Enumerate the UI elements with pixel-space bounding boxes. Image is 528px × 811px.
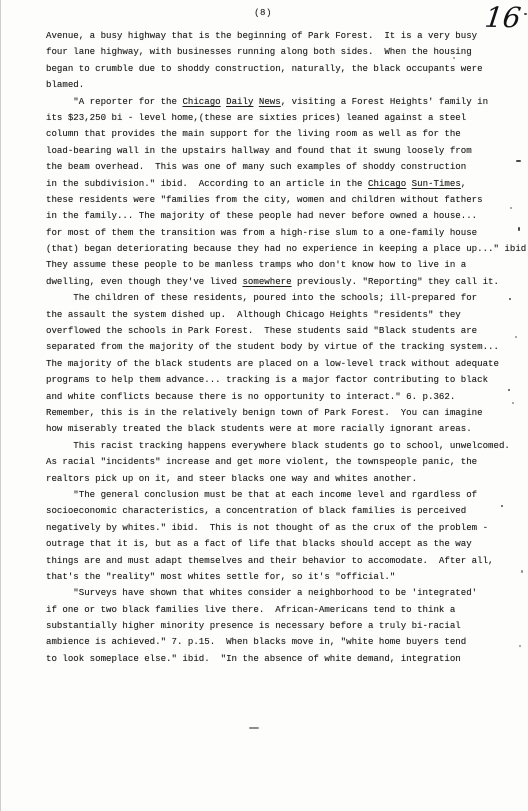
scan-speck — [524, 13, 527, 15]
text-line: negatively by whites." ibid. This is not… — [46, 520, 528, 536]
text-segment: ambience is achieved." 7. p.15. When bla… — [46, 636, 466, 647]
text-line: the beam overhead. This was one of many … — [46, 159, 528, 175]
text-segment: As racial "incidents" increase and get m… — [46, 456, 477, 467]
text-segment: "A reporter for the — [46, 96, 182, 107]
text-segment: Avenue, a busy highway that is the begin… — [46, 30, 477, 41]
text-line: in the family... The majority of these p… — [46, 208, 528, 224]
text-line: how miserably treated the black students… — [46, 421, 528, 437]
underlined-text: Sun-Times — [412, 178, 461, 189]
scan-speck — [501, 505, 503, 507]
text-line: Avenue, a busy highway that is the begin… — [46, 28, 528, 44]
text-line: realtors pick up on it, and steer blacks… — [46, 471, 528, 487]
scan-speck — [519, 645, 521, 647]
text-line: that's the "reality" most whites settle … — [46, 569, 528, 585]
text-line: load-bearing wall in the upstairs hallwa… — [46, 143, 528, 159]
text-line: "Surveys have shown that whites consider… — [46, 585, 528, 601]
text-segment: , — [461, 178, 466, 189]
text-segment: realtors pick up on it, and steer blacks… — [46, 473, 417, 484]
text-line: This racist tracking happens everywhere … — [46, 438, 528, 454]
scan-speck — [510, 207, 512, 209]
text-segment: that's the "reality" most whites settle … — [46, 571, 395, 582]
text-segment: blamed. — [46, 79, 84, 90]
typed-page-number: (8) — [1, 7, 525, 19]
underlined-text: Chicago — [182, 96, 220, 107]
text-line: They assume these people to be manless t… — [46, 257, 528, 273]
scan-speck — [516, 160, 521, 162]
text-segment: (that) began deteriorating because they … — [46, 243, 526, 254]
text-line: dwelling, even though they've lived some… — [46, 274, 528, 290]
text-segment: This racist tracking happens everywhere … — [46, 440, 510, 451]
text-line: and white conflicts because there is no … — [46, 389, 528, 405]
text-line: The children of these residents, poured … — [46, 290, 528, 306]
text-line: blamed. — [46, 77, 528, 93]
text-segment: column that provides the main support fo… — [46, 128, 461, 139]
underlined-text: News — [259, 96, 281, 107]
text-line: the assault the system dished up. Althou… — [46, 307, 528, 323]
text-segment: "Surveys have shown that whites consider… — [46, 587, 477, 598]
scan-speck — [453, 57, 455, 59]
underlined-text: somewhere — [242, 276, 291, 287]
scan-speck — [521, 570, 523, 573]
text-segment: began to crumble due to shoddy construct… — [46, 63, 483, 74]
text-segment: four lane highway, with businesses runni… — [46, 46, 472, 57]
text-line: these residents were "families from the … — [46, 192, 528, 208]
page-body: Avenue, a busy highway that is the begin… — [46, 28, 528, 667]
text-segment: previously. "Reporting" they call it. — [292, 276, 499, 287]
text-segment: The children of these residents, poured … — [46, 292, 477, 303]
text-line: "The general conclusion must be that at … — [46, 487, 528, 503]
text-segment: to look someplace else." ibid. "In the a… — [46, 653, 461, 664]
text-line: began to crumble due to shoddy construct… — [46, 61, 528, 77]
text-line: outrage that it is, but as a fact of lif… — [46, 536, 528, 552]
text-segment: separated from the majority of the stude… — [46, 341, 499, 352]
text-segment: Remember, this is in the relatively beni… — [46, 407, 483, 418]
document-page: (8) 16 Avenue, a busy highway that is th… — [0, 0, 528, 811]
scan-speck — [508, 389, 510, 391]
text-line: column that provides the main support fo… — [46, 126, 528, 142]
text-segment: how miserably treated the black students… — [46, 423, 472, 434]
text-segment: outrage that it is, but as a fact of lif… — [46, 538, 472, 549]
text-segment: They assume these people to be manless t… — [46, 259, 466, 270]
text-segment: the assault the system dished up. Althou… — [46, 309, 461, 320]
text-line: "A reporter for the Chicago Daily News, … — [46, 94, 528, 110]
text-line: socioeconomic characteristics, a concent… — [46, 503, 528, 519]
scan-speck — [249, 727, 259, 729]
underlined-text: Daily — [226, 96, 253, 107]
text-line: (that) began deteriorating because they … — [46, 241, 528, 257]
text-segment: for most of them the transition was from… — [46, 227, 477, 238]
text-line: if one or two black families live there.… — [46, 602, 528, 618]
scan-speck — [518, 227, 520, 231]
text-line: overflowed the schools in Park Forest. T… — [46, 323, 528, 339]
text-segment: the beam overhead. This was one of many … — [46, 161, 466, 172]
text-segment: negatively by whites." ibid. This is not… — [46, 522, 488, 533]
text-line: for most of them the transition was from… — [46, 225, 528, 241]
text-line: four lane highway, with businesses runni… — [46, 44, 528, 60]
scan-speck — [509, 298, 511, 300]
text-segment: if one or two black families live there.… — [46, 604, 455, 615]
underlined-text: Chicago — [368, 178, 406, 189]
text-segment: these residents were "families from the … — [46, 194, 483, 205]
text-line: its $23,250 bi - level home,(these are s… — [46, 110, 528, 126]
text-segment: "The general conclusion must be that at … — [46, 489, 477, 500]
text-line: to look someplace else." ibid. "In the a… — [46, 651, 528, 667]
text-segment: in the subdivision." ibid. According to … — [46, 178, 368, 189]
text-segment: , visiting a Forest Heights' family in — [281, 96, 488, 107]
text-segment: overflowed the schools in Park Forest. T… — [46, 325, 477, 336]
text-segment: in the family... The majority of these p… — [46, 210, 477, 221]
text-line: Remember, this is in the relatively beni… — [46, 405, 528, 421]
text-line: in the subdivision." ibid. According to … — [46, 176, 528, 192]
text-segment: The majority of the black students are p… — [46, 358, 499, 369]
text-line: substantially higher minority presence i… — [46, 618, 528, 634]
text-line: As racial "incidents" increase and get m… — [46, 454, 528, 470]
text-segment: programs to help them advance... trackin… — [46, 374, 488, 385]
text-segment: load-bearing wall in the upstairs hallwa… — [46, 145, 472, 156]
text-segment: its $23,250 bi - level home,(these are s… — [46, 112, 466, 123]
text-segment: things are and must adapt themselves and… — [46, 555, 494, 566]
text-segment: dwelling, even though they've lived — [46, 276, 242, 287]
scan-speck — [515, 336, 517, 338]
text-segment: socioeconomic characteristics, a concent… — [46, 505, 466, 516]
text-line: The majority of the black students are p… — [46, 356, 528, 372]
text-line: ambience is achieved." 7. p.15. When bla… — [46, 634, 528, 650]
text-line: things are and must adapt themselves and… — [46, 553, 528, 569]
scan-speck — [512, 402, 514, 404]
text-line: separated from the majority of the stude… — [46, 339, 528, 355]
text-line: programs to help them advance... trackin… — [46, 372, 528, 388]
text-segment: substantially higher minority presence i… — [46, 620, 461, 631]
text-segment: and white conflicts because there is no … — [46, 391, 455, 402]
